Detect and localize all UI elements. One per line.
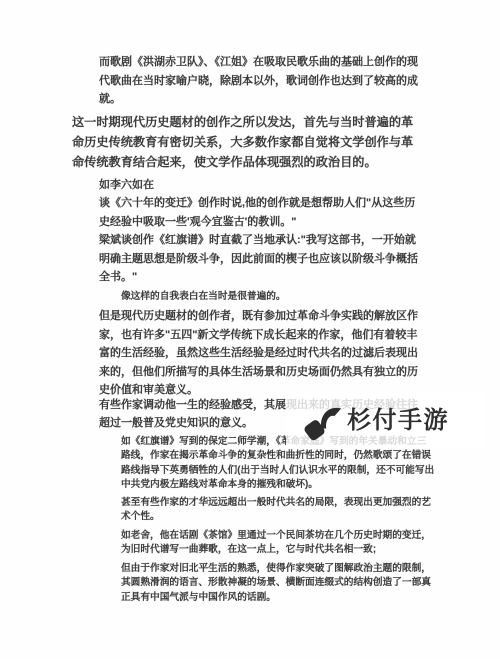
- paragraph: 甚至有些作家的才华远远超出一般时代共名的局限，表现出更加强烈的艺术个性。: [121, 496, 435, 525]
- paragraph: 但由于作家对旧北平生活的熟悉，使得作家突破了图解政治主题的限制，其圆熟滑润的语言…: [121, 562, 435, 606]
- paragraph: 如老舍，他在话剧《茶馆》里通过一个民间茶坊在几个历史时期的变迁，为旧时代谱写一曲…: [121, 529, 435, 558]
- paragraph: 而歌剧《洪湖赤卫队》、《江姐》在吸取民歌乐曲的基础上创作的现代歌曲在当时家喻户晓…: [99, 53, 425, 109]
- paragraph: 像这样的自我表白在当时是很普遍的。: [121, 290, 435, 305]
- paragraph: 梁斌谈创作《红旗谱》时直截了当地承认:"我写这部书，一开始就明确主题思想是阶级斗…: [99, 231, 425, 287]
- paragraph: 如《红旗谱》写到的保定二师学潮，《革命家庭》写到的年关暴动和立三路线，作家在揭示…: [121, 435, 435, 493]
- paragraph: 有些作家调动他一生的经验感受，其展现出来的真实历史经验往往超过一般普及党史知识的…: [99, 396, 425, 433]
- document-body: 而歌剧《洪湖赤卫队》、《江姐》在吸取民歌乐曲的基础上创作的现代歌曲在当时家喻户晓…: [0, 0, 500, 605]
- paragraph: 这一时期现代历史题材的创作之所以发达，首先与当时普遍的革命历史传统教育有密切关系…: [72, 112, 414, 172]
- paragraph: 如李六如在 谈《六十年的变迁》创作时说,他的创作就是想帮助人们"从这些历史经验中…: [99, 176, 425, 232]
- document-page: 而歌剧《洪湖赤卫队》、《江姐》在吸取民歌乐曲的基础上创作的现代歌曲在当时家喻户晓…: [0, 0, 500, 659]
- paragraph: 但是现代历史题材的创作者，既有参加过革命斗争实践的解放区作家，也有许多"五四"新…: [99, 307, 425, 400]
